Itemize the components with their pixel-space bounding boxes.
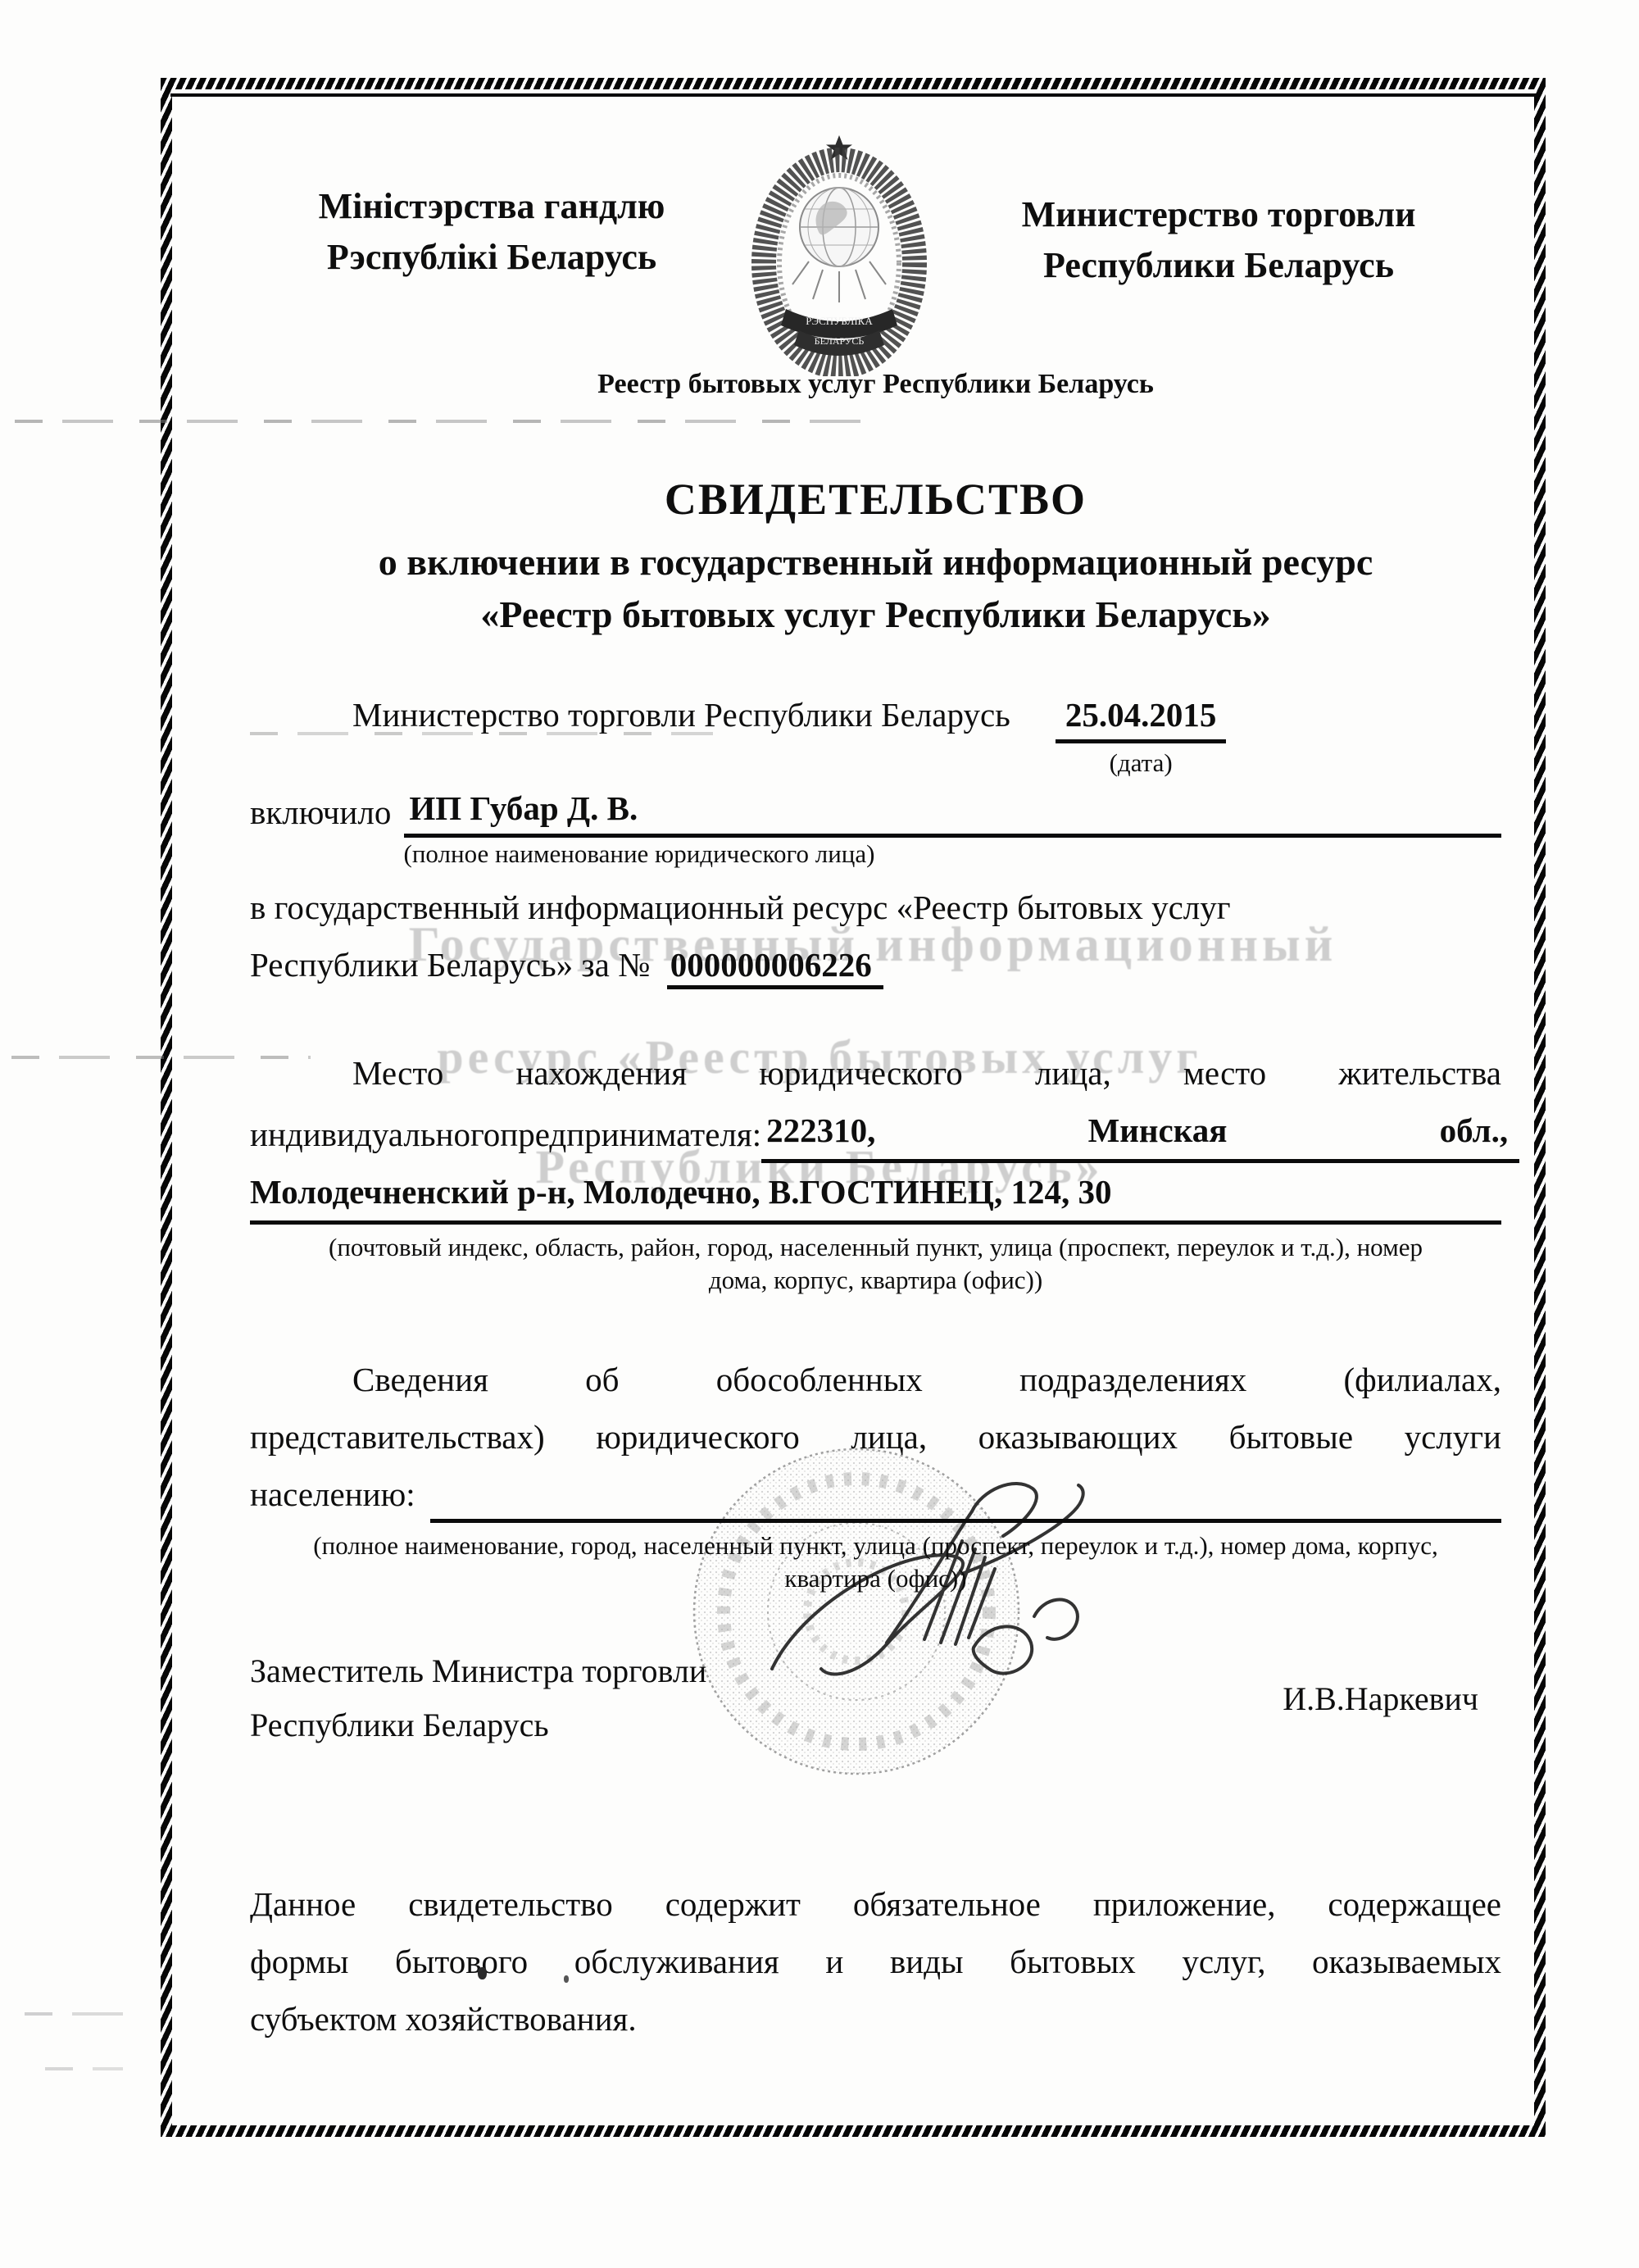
registry-title: Реестр бытовых услуг Республики Беларусь (250, 369, 1501, 400)
scan-artifact-line (45, 2067, 123, 2070)
date-value: 25.04.2015 (1056, 692, 1227, 743)
included-field: ИП Губар Д. В. (404, 783, 1501, 838)
ministry-by-line2: Рэспублікі Беларусь (250, 232, 733, 283)
branches-caption: (полное наименование, город, населенный … (250, 1529, 1501, 1595)
globe-icon (800, 188, 879, 266)
resource-paragraph: в государственный информационный ресурс … (250, 879, 1501, 993)
footer-line-2: формы бытового обслуживания и виды бытов… (250, 1933, 1501, 1990)
location-region-suffix: обл., (1440, 1102, 1508, 1159)
title-word: СВИДЕТЕЛЬСТВО (250, 474, 1501, 525)
resource-line-1: в государственный информационный ресурс … (250, 879, 1501, 936)
coat-of-arms-icon: РЭСПУБЛІКА БЕЛАРУСЬ (743, 130, 936, 376)
location-underline-tail (1111, 1220, 1501, 1225)
ministry-name-belarusian: Міністэрства гандлю Рэспублікі Беларусь (250, 130, 733, 283)
footer-paragraph: Данное свидетельство содержит обязательн… (250, 1875, 1501, 2048)
body: Министерство торговли Республики Беларус… (250, 692, 1501, 2048)
location-caption: (почтовый индекс, область, район, город,… (250, 1231, 1501, 1297)
resource-line-2: Республики Беларусь» за № 000000006226 (250, 936, 1501, 993)
registry-number: 000000006226 (667, 946, 883, 989)
scan-artifact-line (25, 2012, 148, 2016)
issuer-line: Министерство торговли Республики Беларус… (352, 692, 1501, 779)
footer-line-1: Данное свидетельство содержит обязательн… (250, 1875, 1501, 1933)
date-field: 25.04.2015 (дата) (1056, 692, 1227, 779)
branches-paragraph: Сведения об обособленных подразделениях … (250, 1351, 1501, 1595)
scan-speck (564, 1975, 569, 1983)
location-line-1: Место нахождения юридического лица, мест… (250, 1044, 1501, 1102)
location-word-1: индивидуального (250, 1106, 500, 1163)
signer-title: Заместитель Министра торговли Республики… (250, 1644, 706, 1752)
location-word-2: предпринимателя: (500, 1106, 761, 1163)
branches-line-2: представительствах) юридического лица, о… (250, 1408, 1501, 1466)
document-title: СВИДЕТЕЛЬСТВО о включении в государствен… (250, 474, 1501, 641)
location-paragraph: Место нахождения юридического лица, мест… (250, 1044, 1501, 1297)
ribbon-text-1: РЭСПУБЛІКА (806, 315, 873, 327)
certificate-page: Государственный информационный ресурс «Р… (0, 0, 1639, 2268)
branches-line-3: населению: (250, 1466, 1501, 1523)
ribbon-text-2: БЕЛАРУСЬ (815, 335, 865, 347)
scan-speck (478, 1967, 487, 1979)
location-line-2: индивидуального предпринимателя: 222310,… (250, 1102, 1501, 1163)
location-caption-1: (почтовый индекс, область, район, город,… (250, 1231, 1501, 1264)
branches-line-1: Сведения об обособленных подразделениях … (250, 1351, 1501, 1408)
branches-caption-2: квартира (офис)) (250, 1562, 1501, 1595)
location-region: Минская (1088, 1102, 1228, 1159)
location-value-line-1: 222310, Минская обл., (761, 1102, 1519, 1163)
signer-name: И.В.Наркевич (1283, 1644, 1478, 1752)
scan-artifact-line (15, 420, 863, 423)
issuer-name: Министерство торговли Республики Беларус… (352, 692, 1010, 738)
branches-underline-tail (430, 1519, 1501, 1523)
state-emblem: РЭСПУБЛІКА БЕЛАРУСЬ (743, 130, 936, 380)
ministry-name-russian: Министерство торговли Республики Беларус… (936, 130, 1501, 291)
signature-block: Заместитель Министра торговли Республики… (250, 1644, 1501, 1752)
title-subline-2: «Реестр бытовых услуг Республики Беларус… (250, 589, 1501, 641)
footer-line-3: субъектом хозяйствования. (250, 1990, 1501, 2048)
included-value: ИП Губар Д. В. (409, 789, 638, 827)
included-caption: (полное наименование юридического лица) (369, 838, 910, 870)
header: Міністэрства гандлю Рэспублікі Беларусь (250, 130, 1501, 380)
certificate-content: Міністэрства гандлю Рэспублікі Беларусь (172, 89, 1534, 2125)
title-subline-1: о включении в государственный информацио… (250, 536, 1501, 589)
ministry-by-line1: Міністэрства гандлю (250, 181, 733, 232)
decorative-border: Міністэрства гандлю Рэспублікі Беларусь (161, 78, 1546, 2137)
scan-artifact-line (250, 732, 713, 735)
ministry-ru-line1: Министерство торговли (936, 189, 1501, 240)
signer-title-line-1: Заместитель Министра торговли (250, 1644, 706, 1698)
signer-title-line-2: Республики Беларусь (250, 1698, 706, 1752)
sun-rays-icon (792, 261, 886, 302)
location-caption-2: дома, корпус, квартира (офис)) (250, 1264, 1501, 1297)
location-zip: 222310, (766, 1102, 875, 1159)
branches-label: населению: (250, 1466, 415, 1523)
resource-line-2-label: Республики Беларусь» за № (250, 946, 650, 984)
scan-artifact-line (11, 1056, 311, 1059)
ministry-ru-line2: Республики Беларусь (936, 240, 1501, 291)
location-line-3: Молодечненский р-н, Молодечно, В.ГОСТИНЕ… (250, 1163, 1501, 1225)
included-label: включило (250, 787, 391, 838)
date-caption: (дата) (1110, 747, 1173, 779)
location-value-line-2: Молодечненский р-н, Молодечно, В.ГОСТИНЕ… (250, 1163, 1111, 1225)
branches-caption-1: (полное наименование, город, населенный … (250, 1529, 1501, 1562)
included-line: включило ИП Губар Д. В. (250, 783, 1501, 838)
